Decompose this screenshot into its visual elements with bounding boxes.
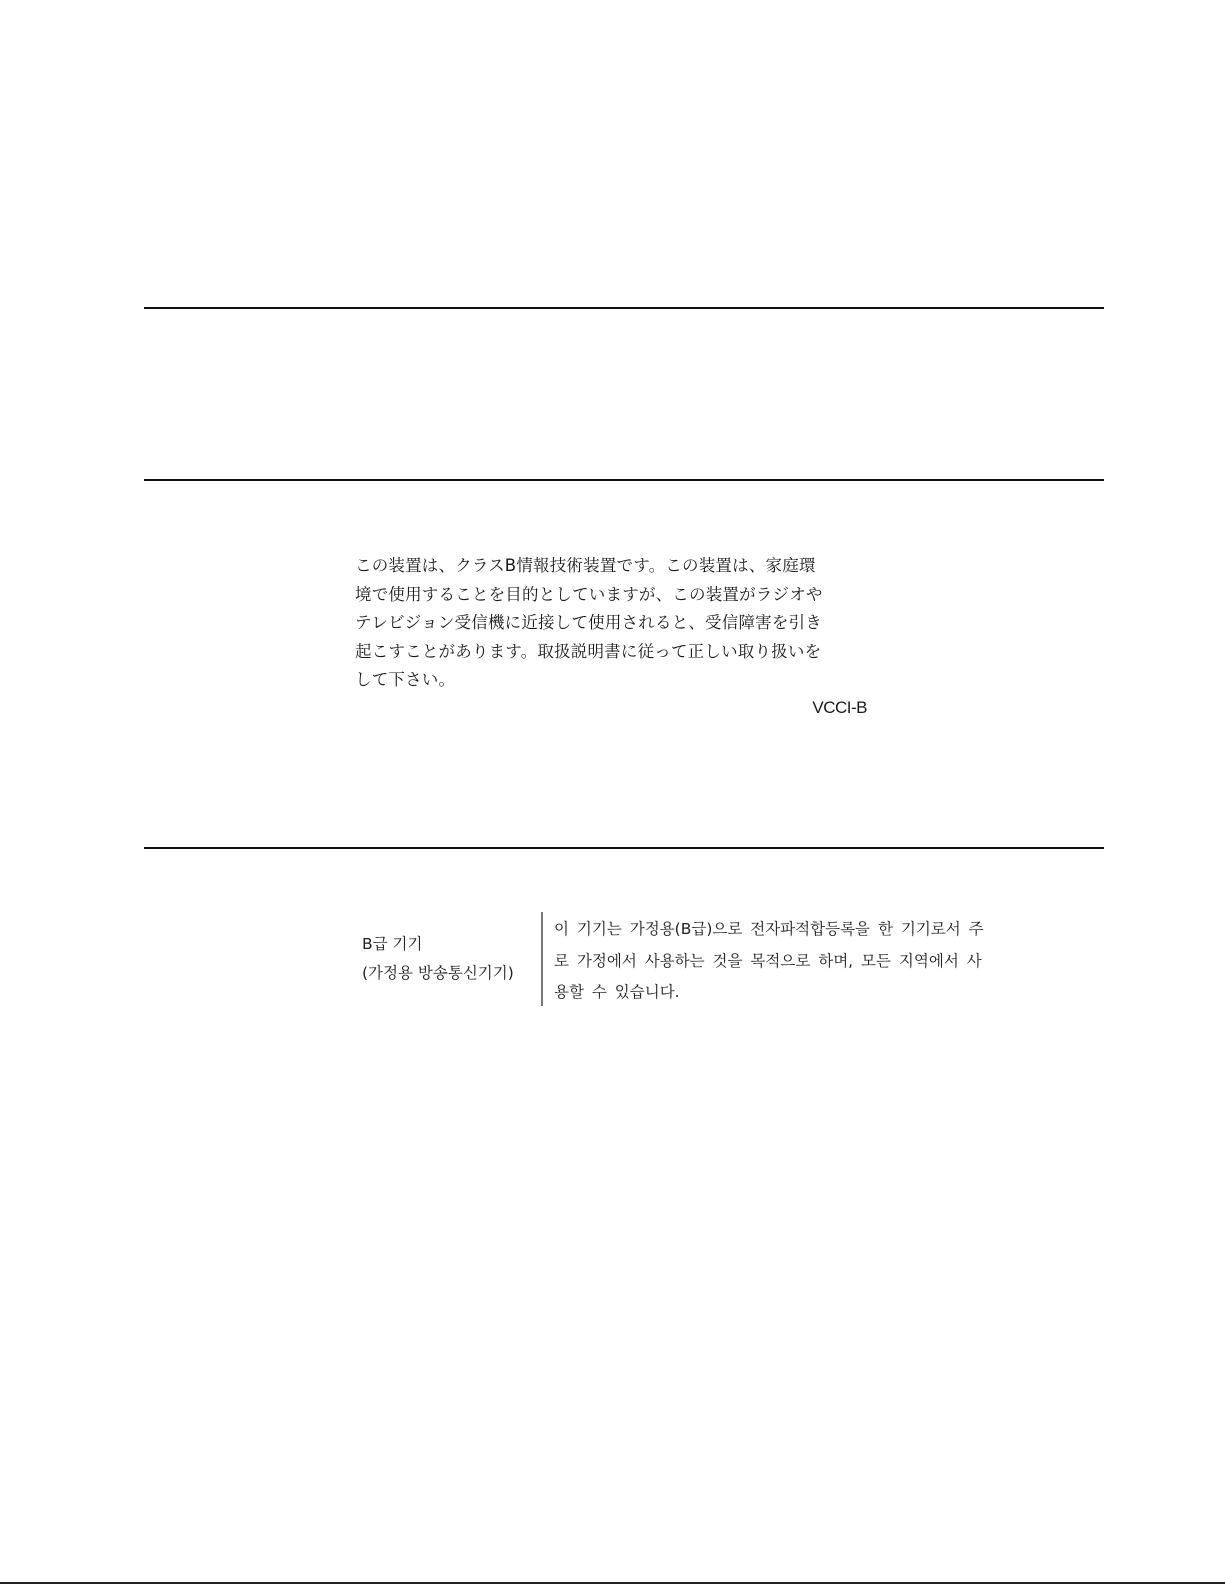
vcci-notice-line: テレビジョン受信機に近接して使用されると、受信障害を引き <box>355 609 867 638</box>
vcci-notice-line: この装置は、クラスB情報技術装置です。この装置は、家庭環 <box>355 552 867 581</box>
vcci-mark: VCCI-B <box>355 695 867 721</box>
page-bottom-edge <box>0 1582 1225 1584</box>
statement-cell: 이 기기는 가정용(B급)으로 전자파적합등록을 한 기기로서 주 로 가정에서… <box>554 914 984 1009</box>
device-class-label: B급 기기 <box>362 930 514 959</box>
table-column-divider <box>541 912 543 1006</box>
section-divider <box>144 479 1104 481</box>
vcci-notice-line: 起こすことがあります。取扱説明書に従って正しい取り扱いを <box>355 638 867 667</box>
korea-class-b-notice: B급 기기 (가정용 방송통신기기) 이 기기는 가정용(B급)으로 전자파적합… <box>358 912 1038 1008</box>
statement-line: 이 기기는 가정용(B급)으로 전자파적합등록을 한 기기로서 주 <box>554 914 984 946</box>
statement-line: 로 가정에서 사용하는 것을 목적으로 하며, 모든 지역에서 사 <box>554 946 984 978</box>
vcci-class-b-notice: この装置は、クラスB情報技術装置です。この装置は、家庭環 境で使用することを目的… <box>355 552 867 721</box>
device-class-sublabel: (가정용 방송통신기기) <box>362 959 514 988</box>
device-class-cell: B급 기기 (가정용 방송통신기기) <box>362 930 514 988</box>
section-divider <box>144 307 1104 309</box>
vcci-notice-line: して下さい。 <box>355 666 867 695</box>
statement-line: 용할 수 있습니다. <box>554 977 984 1009</box>
section-divider <box>144 847 1104 849</box>
vcci-notice-line: 境で使用することを目的としていますが、この装置がラジオや <box>355 581 867 610</box>
